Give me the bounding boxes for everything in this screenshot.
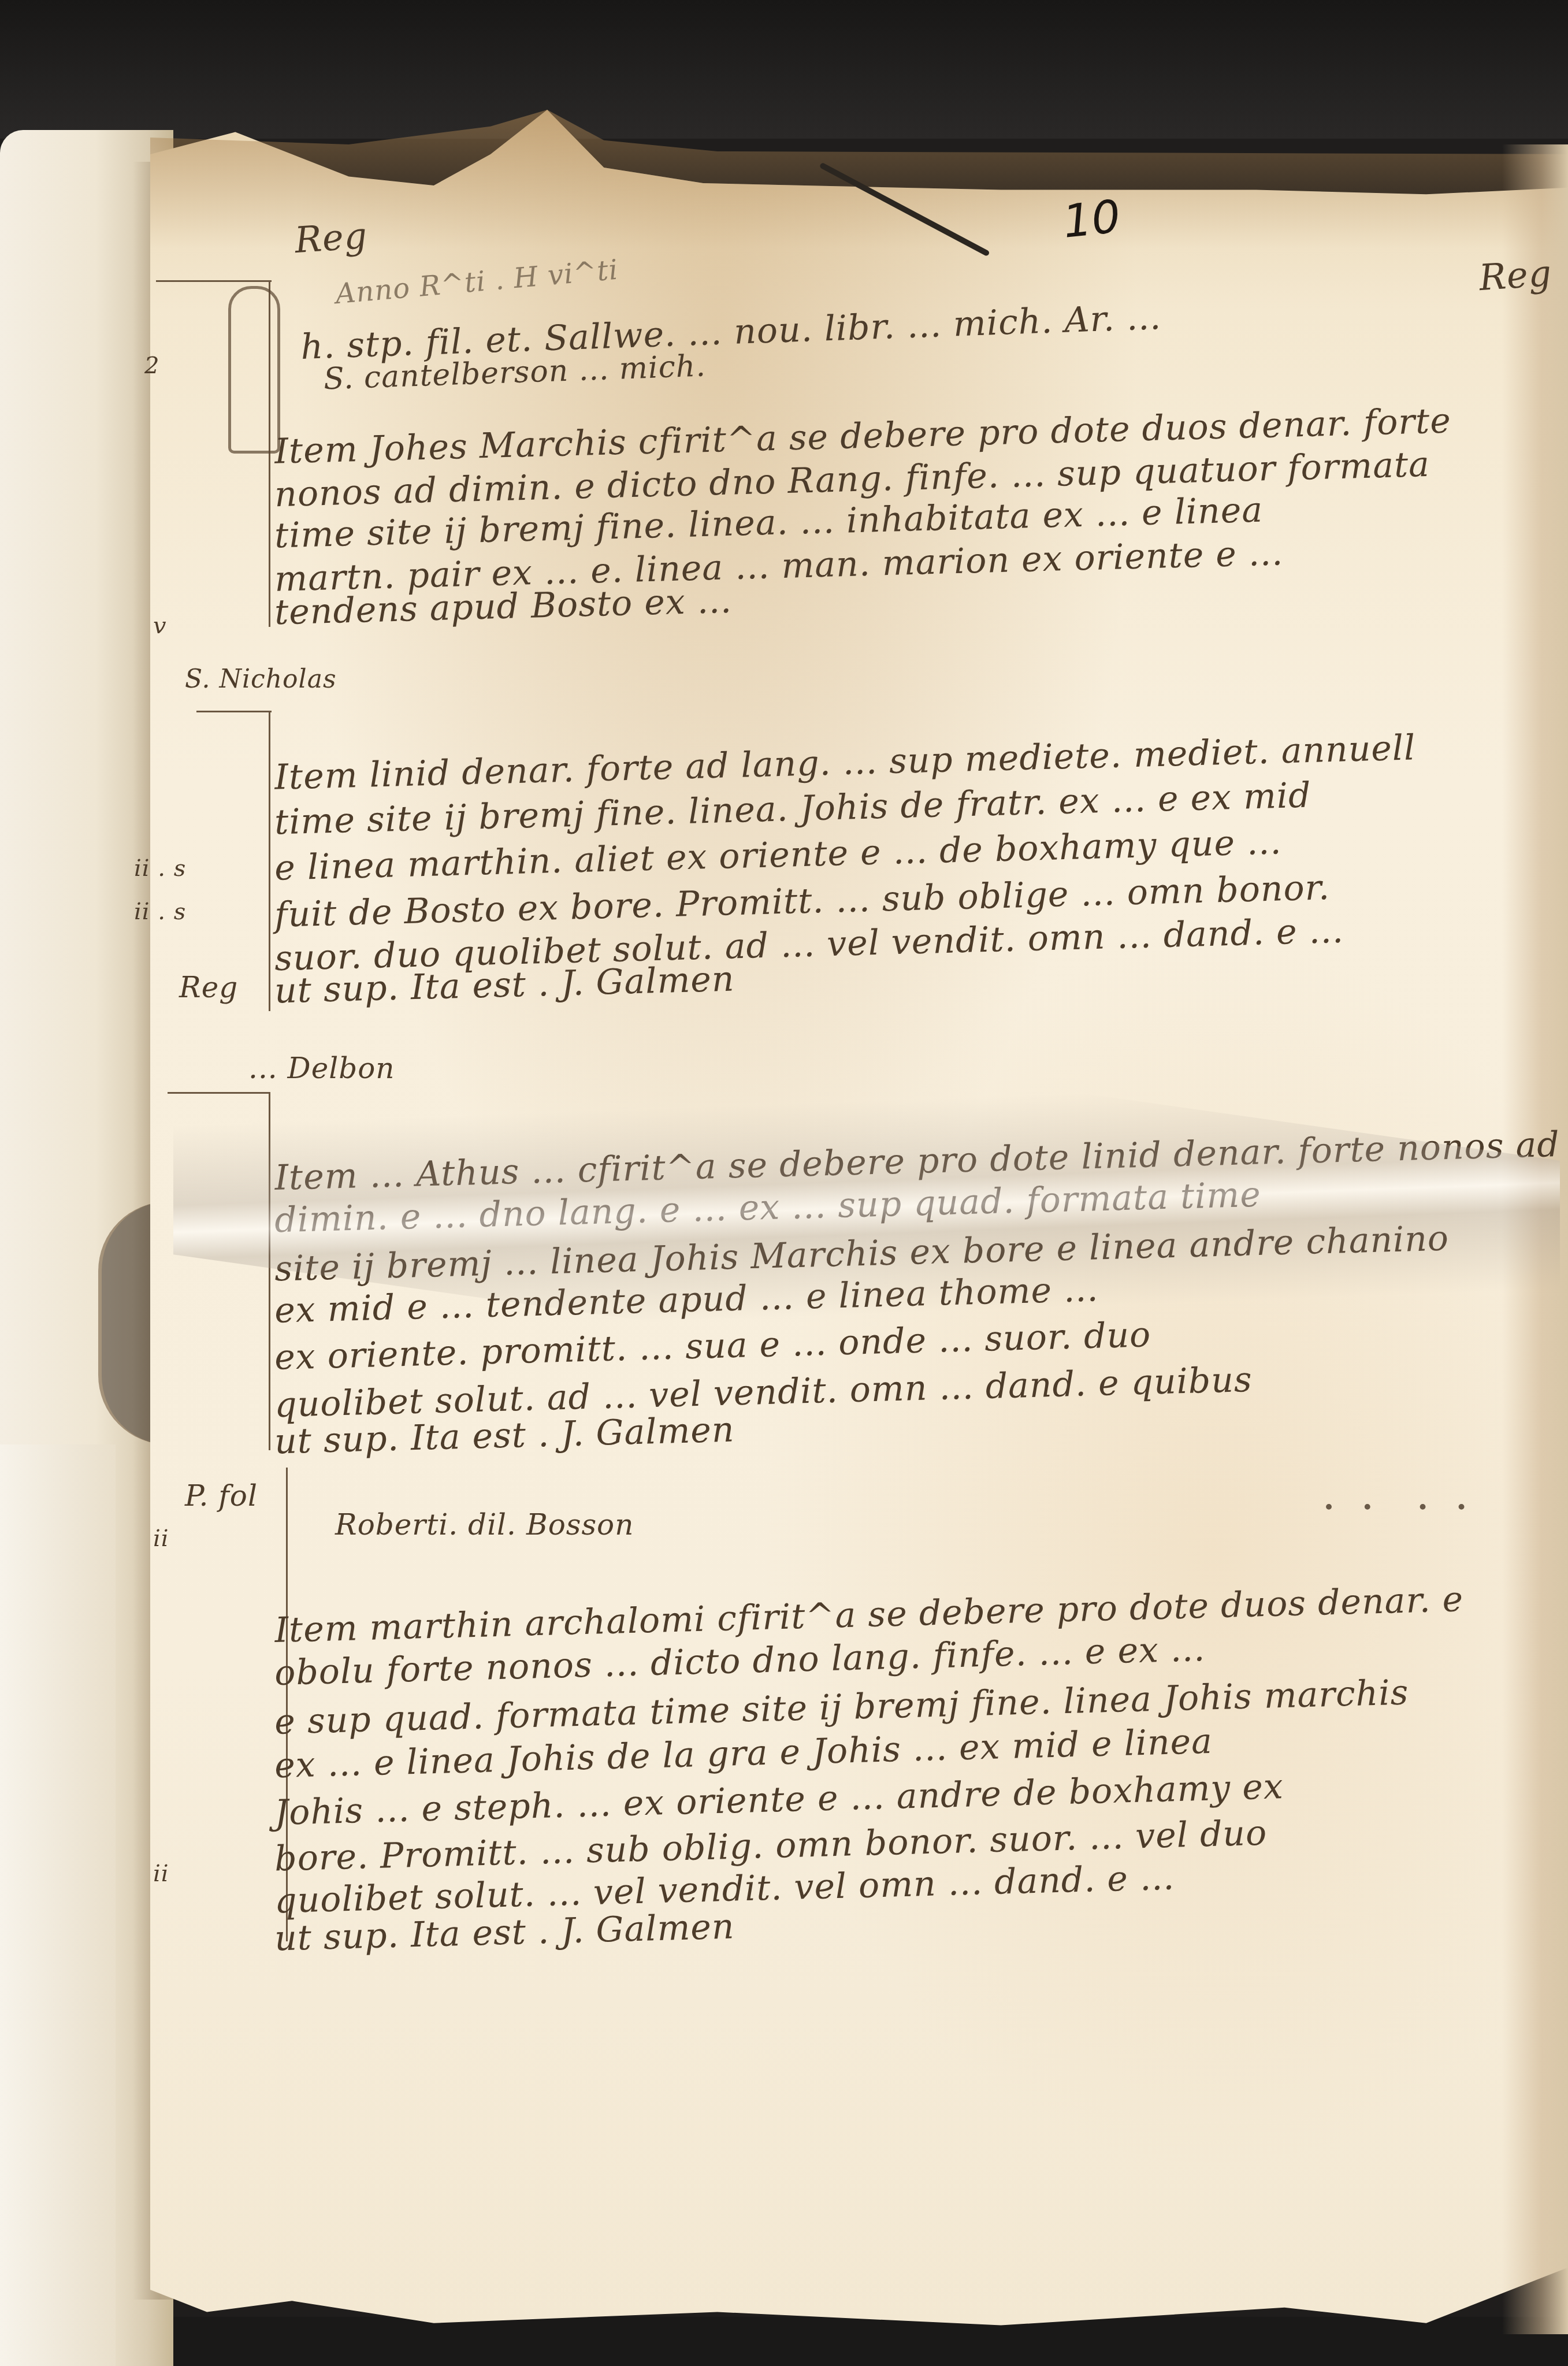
margin-mark-reg: Reg (179, 971, 238, 1004)
entry-heading: S. Nicholas (185, 664, 336, 694)
margin-mark-reg-right: Reg (1478, 252, 1554, 299)
entry-heading: ... Delbon (248, 1052, 395, 1085)
margin-note: ii (153, 1860, 169, 1887)
ruling-vline-entry-3 (269, 1092, 270, 1450)
ruling-line-entry-2 (196, 711, 272, 712)
entry-heading: Roberti. dil. Bosson (335, 1508, 634, 1542)
margin-mark-reg-left: Reg (293, 214, 369, 262)
decorated-initial (228, 286, 280, 454)
ink-spots: • • • • (1323, 1496, 1477, 1520)
leaf-right-edge (1502, 144, 1568, 2334)
entry-margin-label: P. fol (185, 1479, 258, 1513)
ruling-line-entry-1 (156, 280, 272, 282)
ruling-line-entry-3 (168, 1092, 269, 1094)
ruling-vline-entry-2 (269, 711, 270, 1011)
margin-note: ii . s (134, 898, 186, 925)
dark-backdrop-top (0, 0, 1568, 139)
margin-note: v (153, 612, 167, 639)
left-page-edge (0, 1444, 116, 2366)
margin-note: 2 (144, 352, 159, 379)
margin-note: ii . s (134, 855, 186, 882)
folio-number: 10 (1061, 191, 1123, 248)
margin-note: ii (153, 1525, 169, 1552)
dark-backdrop-bottom (0, 2317, 1568, 2366)
